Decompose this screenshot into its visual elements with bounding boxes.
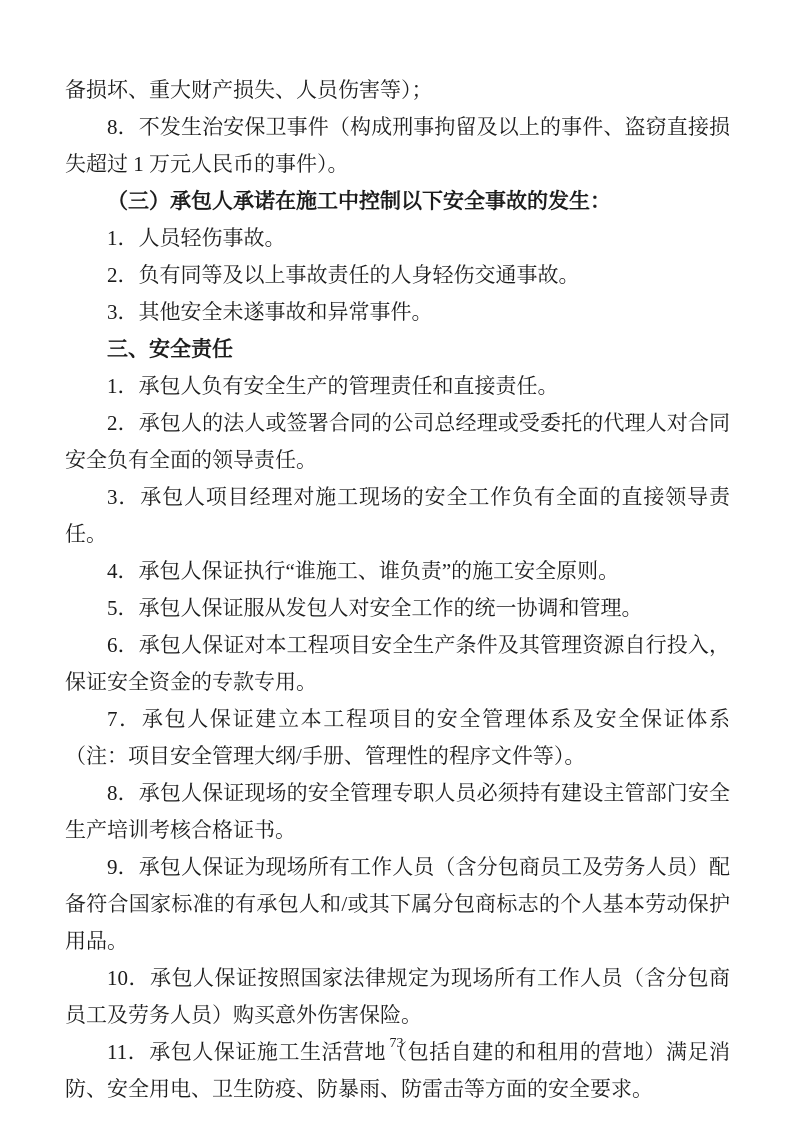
heading-contractor-promise-control-accidents: （三）承包人承诺在施工中控制以下安全事故的发生：	[65, 183, 730, 220]
document-page: 备损坏、重大财产损失、人员伤害等）； 8．不发生治安保卫事件（构成刑事拘留及以上…	[0, 0, 793, 1122]
paragraph: 7．承包人保证建立本工程项目的安全管理体系及安全保证体系（注：项目安全管理大纲/…	[65, 701, 730, 775]
paragraph: 8．承包人保证现场的安全管理专职人员必须持有建设主管部门安全生产培训考核合格证书…	[65, 775, 730, 849]
heading-safety-responsibility: 三、安全责任	[65, 331, 730, 368]
paragraph: 2．负有同等及以上事故责任的人身轻伤交通事故。	[65, 257, 730, 294]
paragraph: 8．不发生治安保卫事件（构成刑事拘留及以上的事件、盗窃直接损失超过 1 万元人民…	[65, 109, 730, 183]
paragraph: 1．承包人负有安全生产的管理责任和直接责任。	[65, 368, 730, 405]
paragraph: 6．承包人保证对本工程项目安全生产条件及其管理资源自行投入，保证安全资金的专款专…	[65, 627, 730, 701]
paragraph: 备损坏、重大财产损失、人员伤害等）；	[65, 72, 730, 109]
paragraph: 4．承包人保证执行“谁施工、谁负责”的施工安全原则。	[65, 553, 730, 590]
paragraph: 1．人员轻伤事故。	[65, 220, 730, 257]
document-text-block: 备损坏、重大财产损失、人员伤害等）； 8．不发生治安保卫事件（构成刑事拘留及以上…	[65, 72, 730, 1108]
paragraph: 5．承包人保证服从发包人对安全工作的统一协调和管理。	[65, 590, 730, 627]
paragraph: 3．承包人项目经理对施工现场的安全工作负有全面的直接领导责任。	[65, 479, 730, 553]
page-number: 73	[0, 1034, 793, 1054]
paragraph: 3．其他安全未遂事故和异常事件。	[65, 294, 730, 331]
paragraph: 2．承包人的法人或签署合同的公司总经理或受委托的代理人对合同安全负有全面的领导责…	[65, 405, 730, 479]
paragraph: 9．承包人保证为现场所有工作人员（含分包商员工及劳务人员）配备符合国家标准的有承…	[65, 849, 730, 960]
paragraph: 10．承包人保证按照国家法律规定为现场所有工作人员（含分包商员工及劳务人员）购买…	[65, 960, 730, 1034]
